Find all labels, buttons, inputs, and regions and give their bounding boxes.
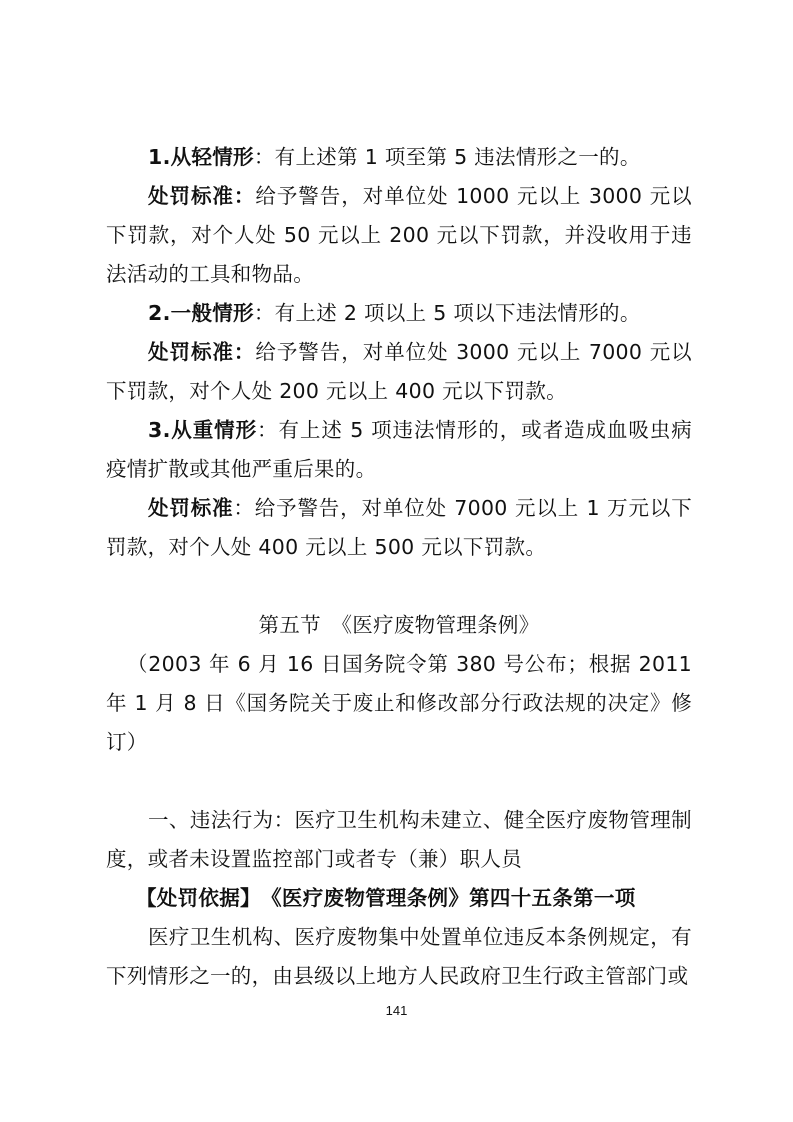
item-2-std-label: 处罚标准： [148, 340, 255, 364]
item-1-std-label: 处罚标准： [148, 184, 255, 208]
item-3-label: 3.从重情形 [148, 418, 257, 442]
spacer [106, 567, 692, 606]
item-2-condition: 2.一般情形：有上述 2 项以上 5 项以下违法情形的。 [106, 294, 692, 333]
item-3-std-label: 处罚标准 [148, 496, 233, 520]
item-1-text: 有上述第 1 项至第 5 违法情形之一的。 [275, 145, 641, 169]
item-1-label: 1.从轻情形 [148, 145, 254, 169]
item-2-label: 2.一般情形 [148, 301, 254, 325]
item-1-standard: 处罚标准：给予警告，对单位处 1000 元以上 3000 元以下罚款，对个人处 … [106, 177, 692, 294]
spacer [106, 762, 692, 801]
item-2-text: 有上述 2 项以上 5 项以下违法情形的。 [275, 301, 641, 325]
page-number: 141 [0, 1003, 793, 1018]
item-3-condition: 3.从重情形：有上述 5 项违法情形的，或者造成血吸虫病疫情扩散或其他严重后果的… [106, 411, 692, 489]
section-title: 第五节 《医疗废物管理条例》 [106, 606, 692, 645]
penalty-basis: 【处罚依据】 《医疗废物管理条例》第四十五条第一项 [106, 879, 692, 918]
document-body: 1.从轻情形：有上述第 1 项至第 5 违法情形之一的。 处罚标准：给予警告，对… [106, 138, 692, 996]
item-1-condition: 1.从轻情形：有上述第 1 项至第 5 违法情形之一的。 [106, 138, 692, 177]
clause-text: 医疗卫生机构、医疗废物集中处置单位违反本条例规定，有下列情形之一的，由县级以上地… [106, 918, 692, 996]
section-note: （2003 年 6 月 16 日国务院令第 380 号公布；根据 2011 年 … [106, 645, 692, 762]
basis-label: 【处罚依据】 [136, 886, 251, 910]
item-3-standard: 处罚标准：给予警告，对单位处 7000 元以上 1 万元以下罚款，对个人处 40… [106, 489, 692, 567]
item-2-standard: 处罚标准：给予警告，对单位处 3000 元以上 7000 元以下罚款，对个人处 … [106, 333, 692, 411]
violation-text: 一、违法行为：医疗卫生机构未建立、健全医疗废物管理制度，或者未设置监控部门或者专… [106, 801, 692, 879]
basis-text: 《医疗废物管理条例》第四十五条第一项 [271, 886, 635, 910]
